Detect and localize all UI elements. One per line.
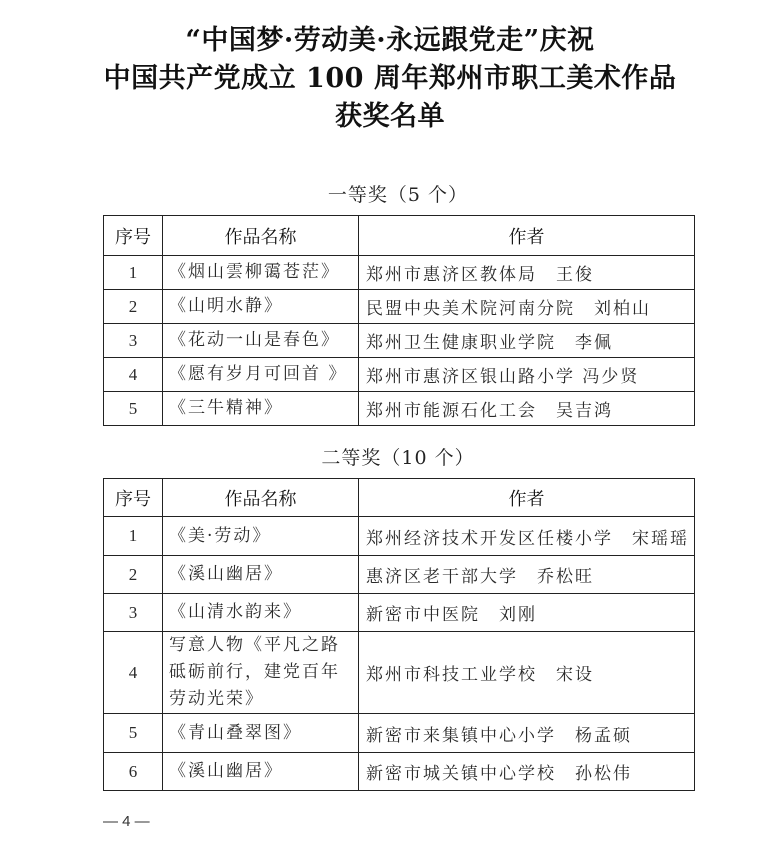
section-heading-first-prize: 一等奖（5 个） bbox=[0, 180, 780, 207]
row-work: 《美·劳动》 bbox=[163, 517, 359, 556]
table-row: 3 《山清水韵来》 新密市中医院 刘刚 bbox=[104, 594, 695, 632]
row-index: 5 bbox=[104, 714, 163, 753]
column-header-work: 作品名称 bbox=[163, 479, 359, 517]
row-author: 新密市来集镇中心小学 杨孟硕 bbox=[359, 714, 695, 753]
row-work: 《山清水韵来》 bbox=[163, 594, 359, 632]
row-index: 2 bbox=[104, 556, 163, 594]
column-header-work: 作品名称 bbox=[163, 216, 359, 256]
row-work: 《花动一山是春色》 bbox=[163, 324, 359, 358]
table-row: 2 《溪山幽居》 惠济区老干部大学 乔松旺 bbox=[104, 556, 695, 594]
page-number: — 4 — bbox=[103, 813, 150, 830]
row-author: 郑州经济技术开发区任楼小学 宋瑶瑶 bbox=[359, 517, 695, 556]
row-author: 民盟中央美术院河南分院 刘柏山 bbox=[359, 290, 695, 324]
document-title-line-1: “中国梦·劳动美·永远跟党走”庆祝 bbox=[0, 18, 780, 57]
row-index: 1 bbox=[104, 517, 163, 556]
row-work: 《溪山幽居》 bbox=[163, 556, 359, 594]
table-row: 5 《三牛精神》 郑州市能源石化工会 吴吉鸿 bbox=[104, 392, 695, 426]
row-author: 郑州市能源石化工会 吴吉鸿 bbox=[359, 392, 695, 426]
column-header-author: 作者 bbox=[359, 479, 695, 517]
row-index: 3 bbox=[104, 594, 163, 632]
row-work: 《愿有岁月可回首 》 bbox=[163, 358, 359, 392]
row-index: 1 bbox=[104, 256, 163, 290]
second-prize-table: 序号 作品名称 作者 1 《美·劳动》 郑州经济技术开发区任楼小学 宋瑶瑶 2 … bbox=[103, 478, 695, 791]
first-prize-table: 序号 作品名称 作者 1 《烟山雲柳霭苍茫》 郑州市惠济区教体局 王俊 2 《山… bbox=[103, 215, 695, 426]
row-work: 《三牛精神》 bbox=[163, 392, 359, 426]
table-row: 4 《愿有岁月可回首 》 郑州市惠济区银山路小学 冯少贤 bbox=[104, 358, 695, 392]
row-index: 4 bbox=[104, 358, 163, 392]
column-header-index: 序号 bbox=[104, 479, 163, 517]
row-work: 《山明水静》 bbox=[163, 290, 359, 324]
document-title-line-3: 获奖名单 bbox=[0, 94, 780, 133]
row-work: 《青山叠翠图》 bbox=[163, 714, 359, 753]
row-author: 郑州市惠济区银山路小学 冯少贤 bbox=[359, 358, 695, 392]
row-work: 《烟山雲柳霭苍茫》 bbox=[163, 256, 359, 290]
table-row: 5 《青山叠翠图》 新密市来集镇中心小学 杨孟硕 bbox=[104, 714, 695, 753]
table-header-row: 序号 作品名称 作者 bbox=[104, 479, 695, 517]
table-row: 6 《溪山幽居》 新密市城关镇中心学校 孙松伟 bbox=[104, 753, 695, 791]
table-row: 1 《美·劳动》 郑州经济技术开发区任楼小学 宋瑶瑶 bbox=[104, 517, 695, 556]
table-row: 1 《烟山雲柳霭苍茫》 郑州市惠济区教体局 王俊 bbox=[104, 256, 695, 290]
row-author: 新密市城关镇中心学校 孙松伟 bbox=[359, 753, 695, 791]
table-row: 3 《花动一山是春色》 郑州卫生健康职业学院 李佩 bbox=[104, 324, 695, 358]
row-work: 《溪山幽居》 bbox=[163, 753, 359, 791]
row-index: 4 bbox=[104, 632, 163, 714]
row-author: 惠济区老干部大学 乔松旺 bbox=[359, 556, 695, 594]
row-author: 新密市中医院 刘刚 bbox=[359, 594, 695, 632]
row-index: 6 bbox=[104, 753, 163, 791]
column-header-author: 作者 bbox=[359, 216, 695, 256]
row-author: 郑州市惠济区教体局 王俊 bbox=[359, 256, 695, 290]
row-author: 郑州卫生健康职业学院 李佩 bbox=[359, 324, 695, 358]
document-title-line-2: 中国共产党成立 100 周年郑州市职工美术作品 bbox=[0, 56, 780, 95]
column-header-index: 序号 bbox=[104, 216, 163, 256]
row-index: 5 bbox=[104, 392, 163, 426]
section-heading-second-prize: 二等奖（10 个） bbox=[0, 443, 780, 470]
table-row: 2 《山明水静》 民盟中央美术院河南分院 刘柏山 bbox=[104, 290, 695, 324]
row-author: 郑州市科技工业学校 宋设 bbox=[359, 632, 695, 714]
table-header-row: 序号 作品名称 作者 bbox=[104, 216, 695, 256]
row-index: 3 bbox=[104, 324, 163, 358]
row-index: 2 bbox=[104, 290, 163, 324]
table-row: 4 写意人物《平凡之路砥砺前行，建党百年劳动光荣》 郑州市科技工业学校 宋设 bbox=[104, 632, 695, 714]
row-work: 写意人物《平凡之路砥砺前行，建党百年劳动光荣》 bbox=[163, 632, 359, 714]
